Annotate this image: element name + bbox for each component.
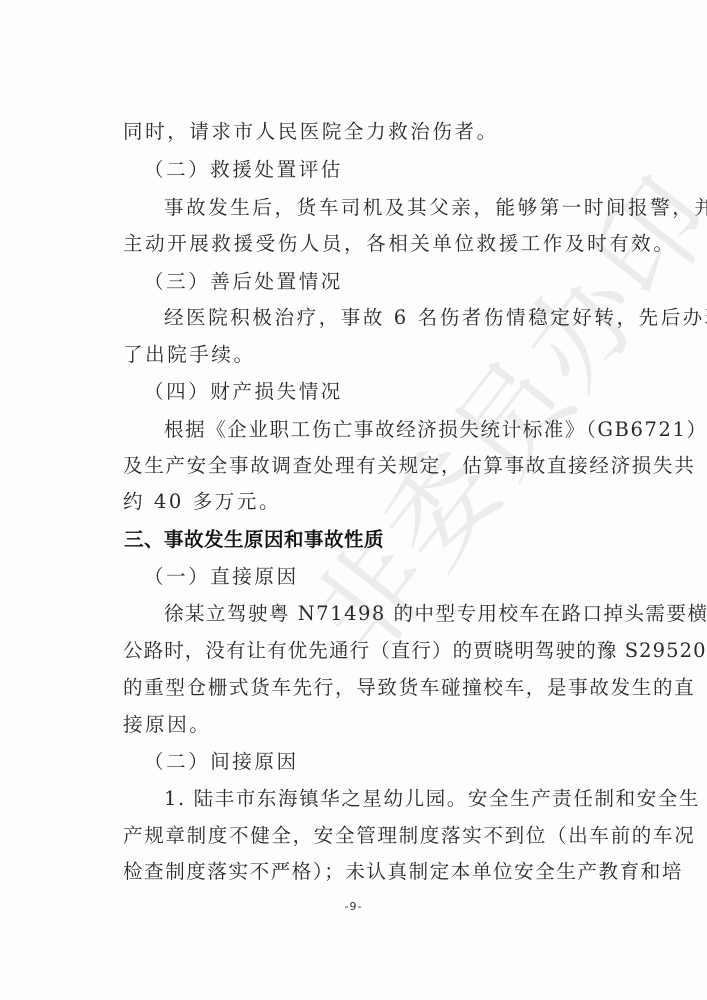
body-line: 同时，请求市人民医院全力救治伤者。 xyxy=(123,120,499,144)
body-line: 及生产安全事故调查处理有关规定，估算事故直接经济损失共 xyxy=(123,454,695,478)
subheading-aftermath: （三）善后处置情况 xyxy=(144,270,343,294)
body-line: 事故发生后，货车司机及其父亲，能够第一时间报警，并 xyxy=(164,196,707,220)
body-line: 1. 陆丰市东海镇华之星幼儿园。安全生产责任制和安全生 xyxy=(164,787,700,811)
body-line: 约 40 多万元。 xyxy=(123,490,281,514)
body-line: 根据《企业职工伤亡事故经济损失统计标准》（GB6721） xyxy=(164,418,707,442)
section-heading-causes: 三、事故发生原因和事故性质 xyxy=(124,528,384,552)
subheading-rescue-evaluation: （二）救援处置评估 xyxy=(144,158,343,182)
body-line: 经医院积极治疗，事故 6 名伤者伤情稳定好转，先后办理 xyxy=(164,306,707,330)
subheading-direct-cause: （一）直接原因 xyxy=(144,565,299,589)
body-line: 了出院手续。 xyxy=(123,343,256,367)
subheading-property-loss: （四）财产损失情况 xyxy=(144,380,343,404)
body-line: 接原因。 xyxy=(123,713,211,737)
subheading-indirect-cause: （二）间接原因 xyxy=(144,750,299,774)
body-line: 的重型仓栅式货车先行，导致货车碰撞校车，是事故发生的直 xyxy=(123,676,695,700)
body-line: 主动开展救援受伤人员，各相关单位救援工作及时有效。 xyxy=(123,232,676,256)
body-line: 徐某立驾驶粤 N71498 的中型专用校车在路口掉头需要横过 xyxy=(164,602,707,626)
body-line: 检查制度落实不严格）；未认真制定本单位安全生产教育和培 xyxy=(123,860,683,884)
document-page: 非委员办印 同时，请求市人民医院全力救治伤者。 （二）救援处置评估 事故发生后，… xyxy=(0,0,707,1000)
page-number: -9- xyxy=(0,900,707,913)
body-line: 公路时，没有让有优先通行（直行）的贾晓明驾驶的豫 S29520 xyxy=(123,639,707,663)
body-line: 产规章制度不健全，安全管理制度落实不到位（出车前的车况 xyxy=(123,824,695,848)
